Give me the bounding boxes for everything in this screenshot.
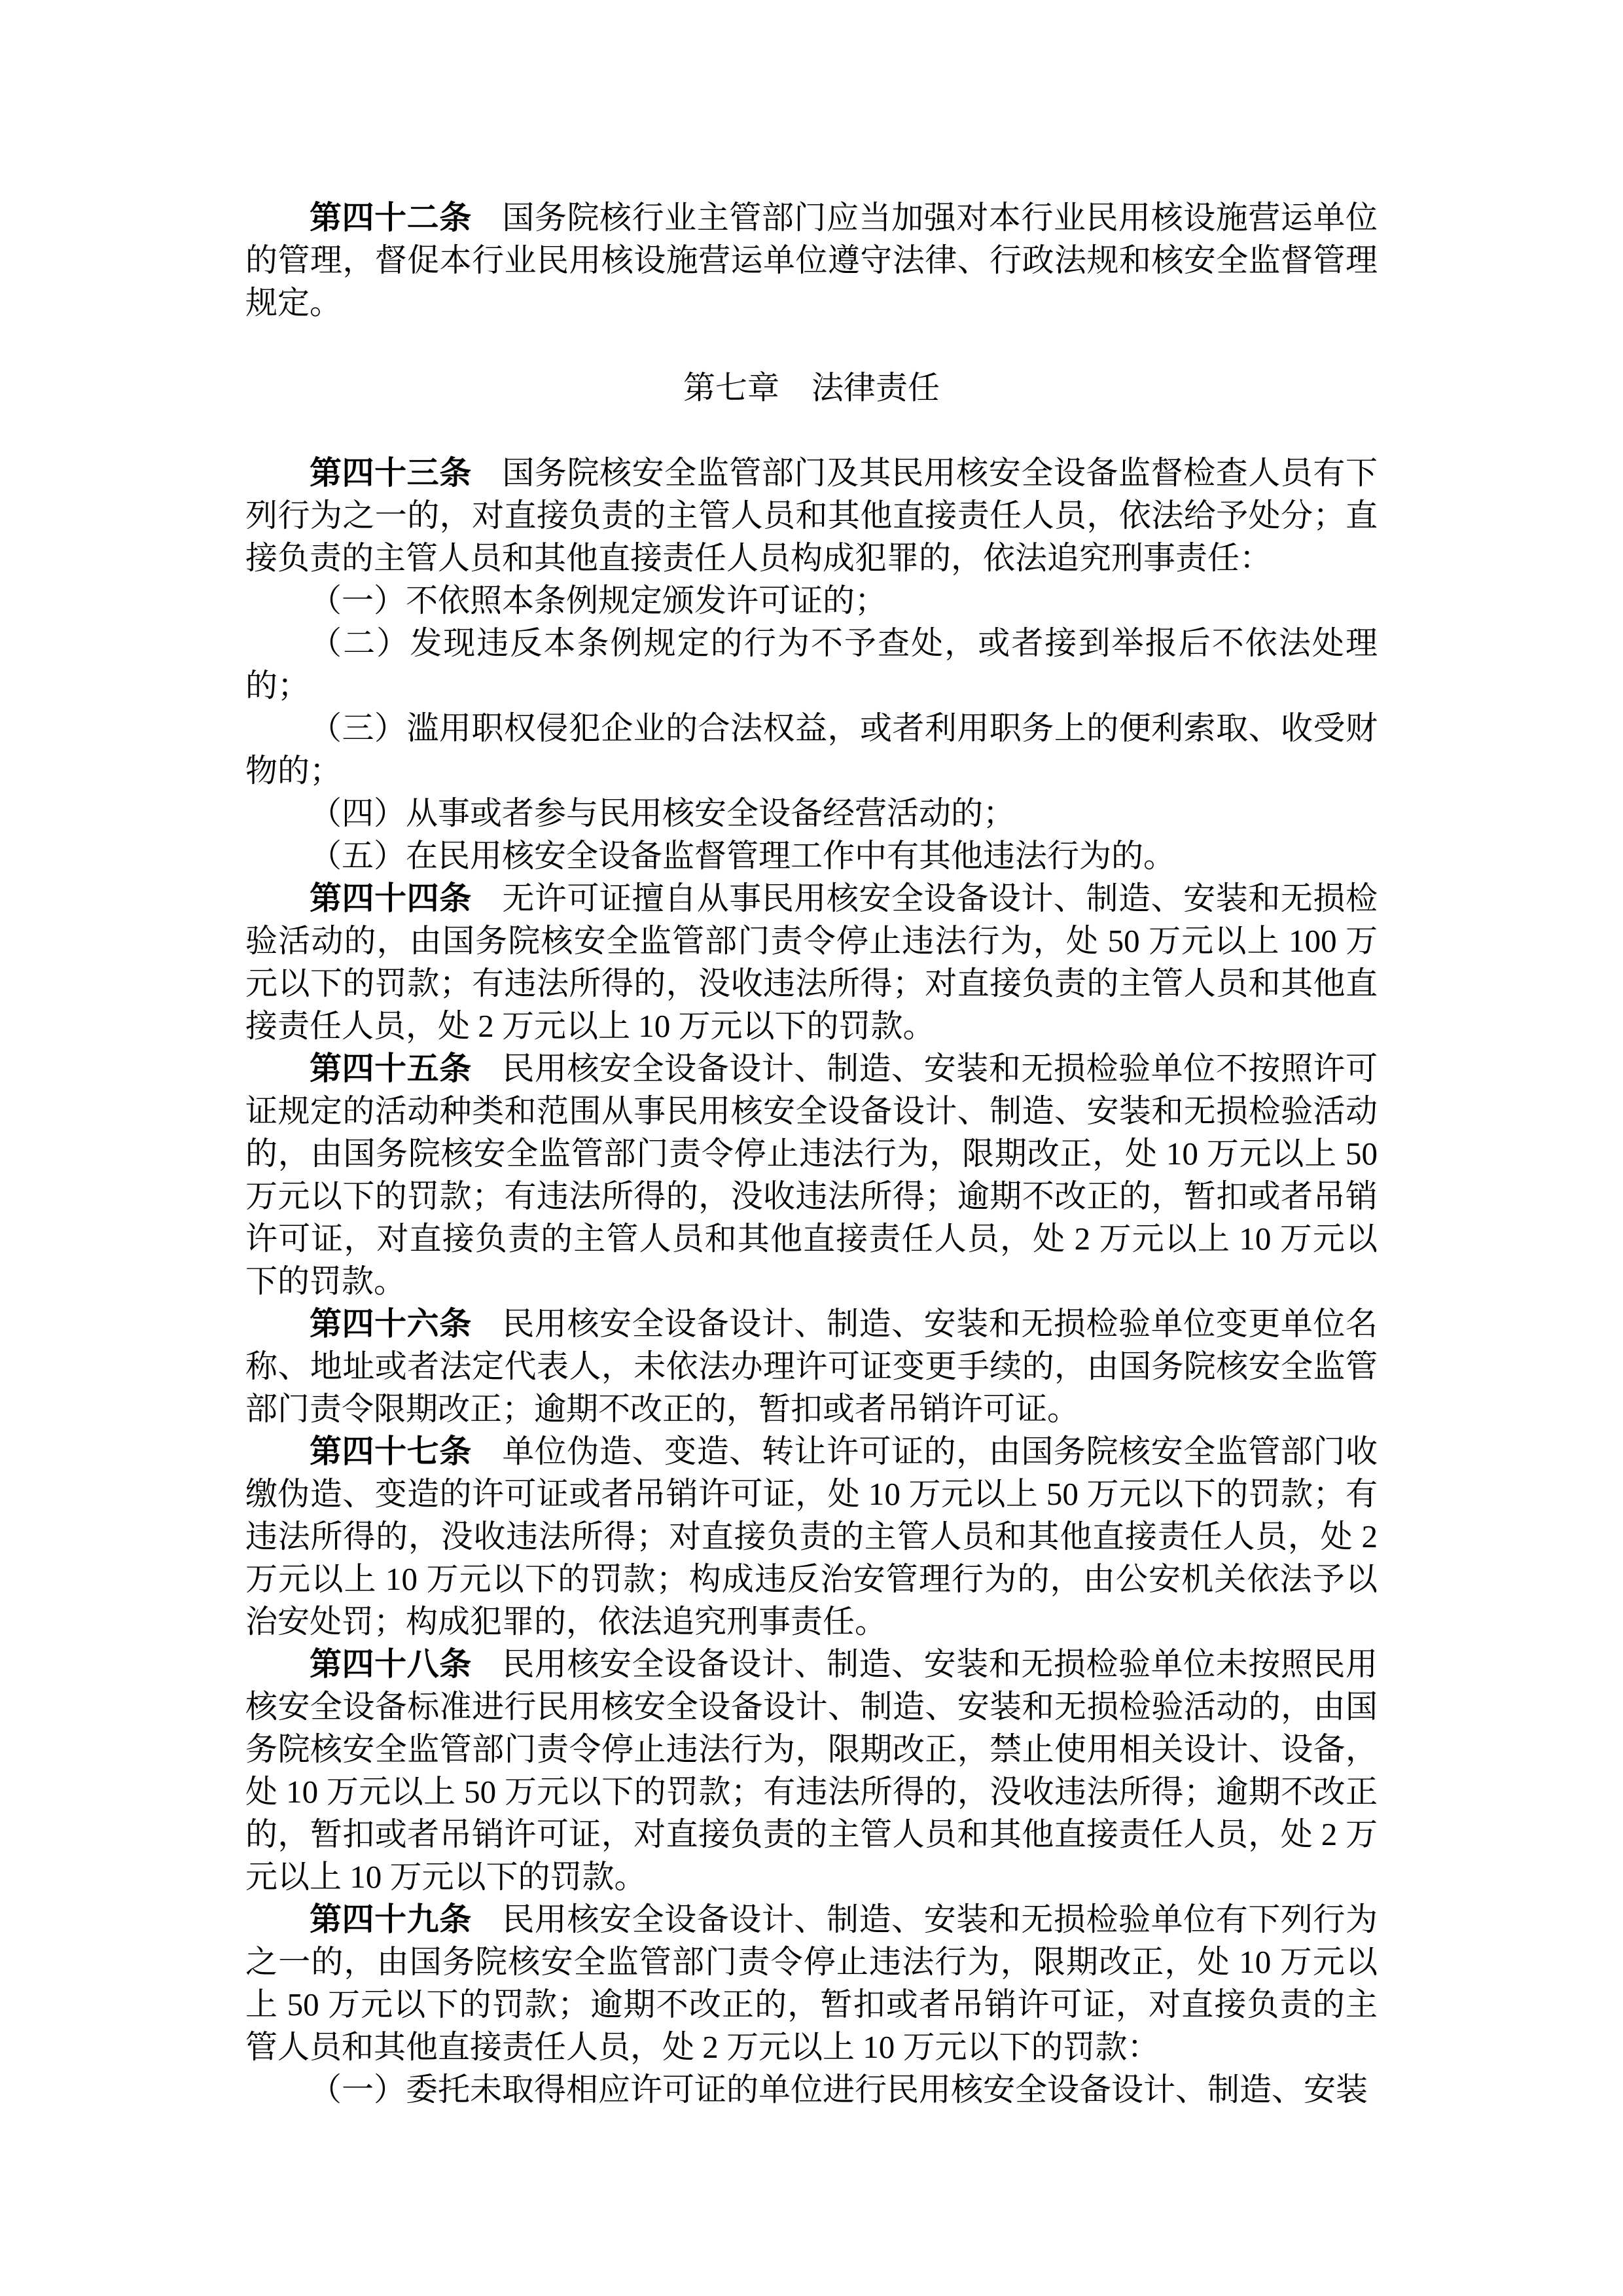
article-49-number: 第四十九条 <box>310 1901 472 1937</box>
article-45-number: 第四十五条 <box>310 1050 472 1086</box>
list-item-43-1: （一）不依照本条例规定颁发许可证的； <box>245 579 1378 622</box>
list-item-43-5: （五）在民用核安全设备监督管理工作中有其他违法行为的。 <box>245 834 1378 877</box>
article-48-text: 民用核安全设备设计、制造、安装和无损检验单位未按照民用核安全设备标准进行民用核安… <box>245 1646 1378 1895</box>
list-item-43-3: （三）滥用职权侵犯企业的合法权益，或者利用职务上的便利索取、收受财物的； <box>245 707 1378 792</box>
list-item-43-2: （二）发现违反本条例规定的行为不予查处，或者接到举报后不依法处理的； <box>245 622 1378 707</box>
paragraph-article-46: 第四十六条民用核安全设备设计、制造、安装和无损检验单位变更单位名称、地址或者法定… <box>245 1302 1378 1430</box>
paragraph-article-43: 第四十三条国务院核安全监管部门及其民用核安全设备监督检查人员有下列行为之一的，对… <box>245 452 1378 579</box>
article-42-number: 第四十二条 <box>310 200 472 236</box>
paragraph-article-42: 第四十二条国务院核行业主管部门应当加强对本行业民用核设施营运单位的管理，督促本行… <box>245 196 1378 324</box>
paragraph-article-49: 第四十九条民用核安全设备设计、制造、安装和无损检验单位有下列行为之一的，由国务院… <box>245 1898 1378 2068</box>
paragraph-article-45: 第四十五条民用核安全设备设计、制造、安装和无损检验单位不按照许可证规定的活动种类… <box>245 1047 1378 1302</box>
list-item-43-4: （四）从事或者参与民用核安全设备经营活动的； <box>245 792 1378 834</box>
paragraph-article-47: 第四十七条单位伪造、变造、转让许可证的，由国务院核安全监管部门收缴伪造、变造的许… <box>245 1430 1378 1643</box>
document-body: 第四十二条国务院核行业主管部门应当加强对本行业民用核设施营运单位的管理，督促本行… <box>245 196 1378 2111</box>
article-46-number: 第四十六条 <box>310 1306 472 1342</box>
article-47-number: 第四十七条 <box>310 1433 472 1469</box>
paragraph-article-48: 第四十八条民用核安全设备设计、制造、安装和无损检验单位未按照民用核安全设备标准进… <box>245 1643 1378 1898</box>
chapter-heading: 第七章 法律责任 <box>245 367 1378 409</box>
article-44-number: 第四十四条 <box>310 880 472 916</box>
article-43-number: 第四十三条 <box>310 455 472 491</box>
paragraph-article-44: 第四十四条无许可证擅自从事民用核安全设备设计、制造、安装和无损检验活动的，由国务… <box>245 877 1378 1047</box>
article-45-text: 民用核安全设备设计、制造、安装和无损检验单位不按照许可证规定的活动种类和范围从事… <box>245 1050 1378 1299</box>
article-48-number: 第四十八条 <box>310 1646 472 1682</box>
document-page: 第四十二条国务院核行业主管部门应当加强对本行业民用核设施营运单位的管理，督促本行… <box>0 0 1623 2296</box>
list-item-49-1: （一）委托未取得相应许可证的单位进行民用核安全设备设计、制造、安装 <box>245 2068 1378 2111</box>
